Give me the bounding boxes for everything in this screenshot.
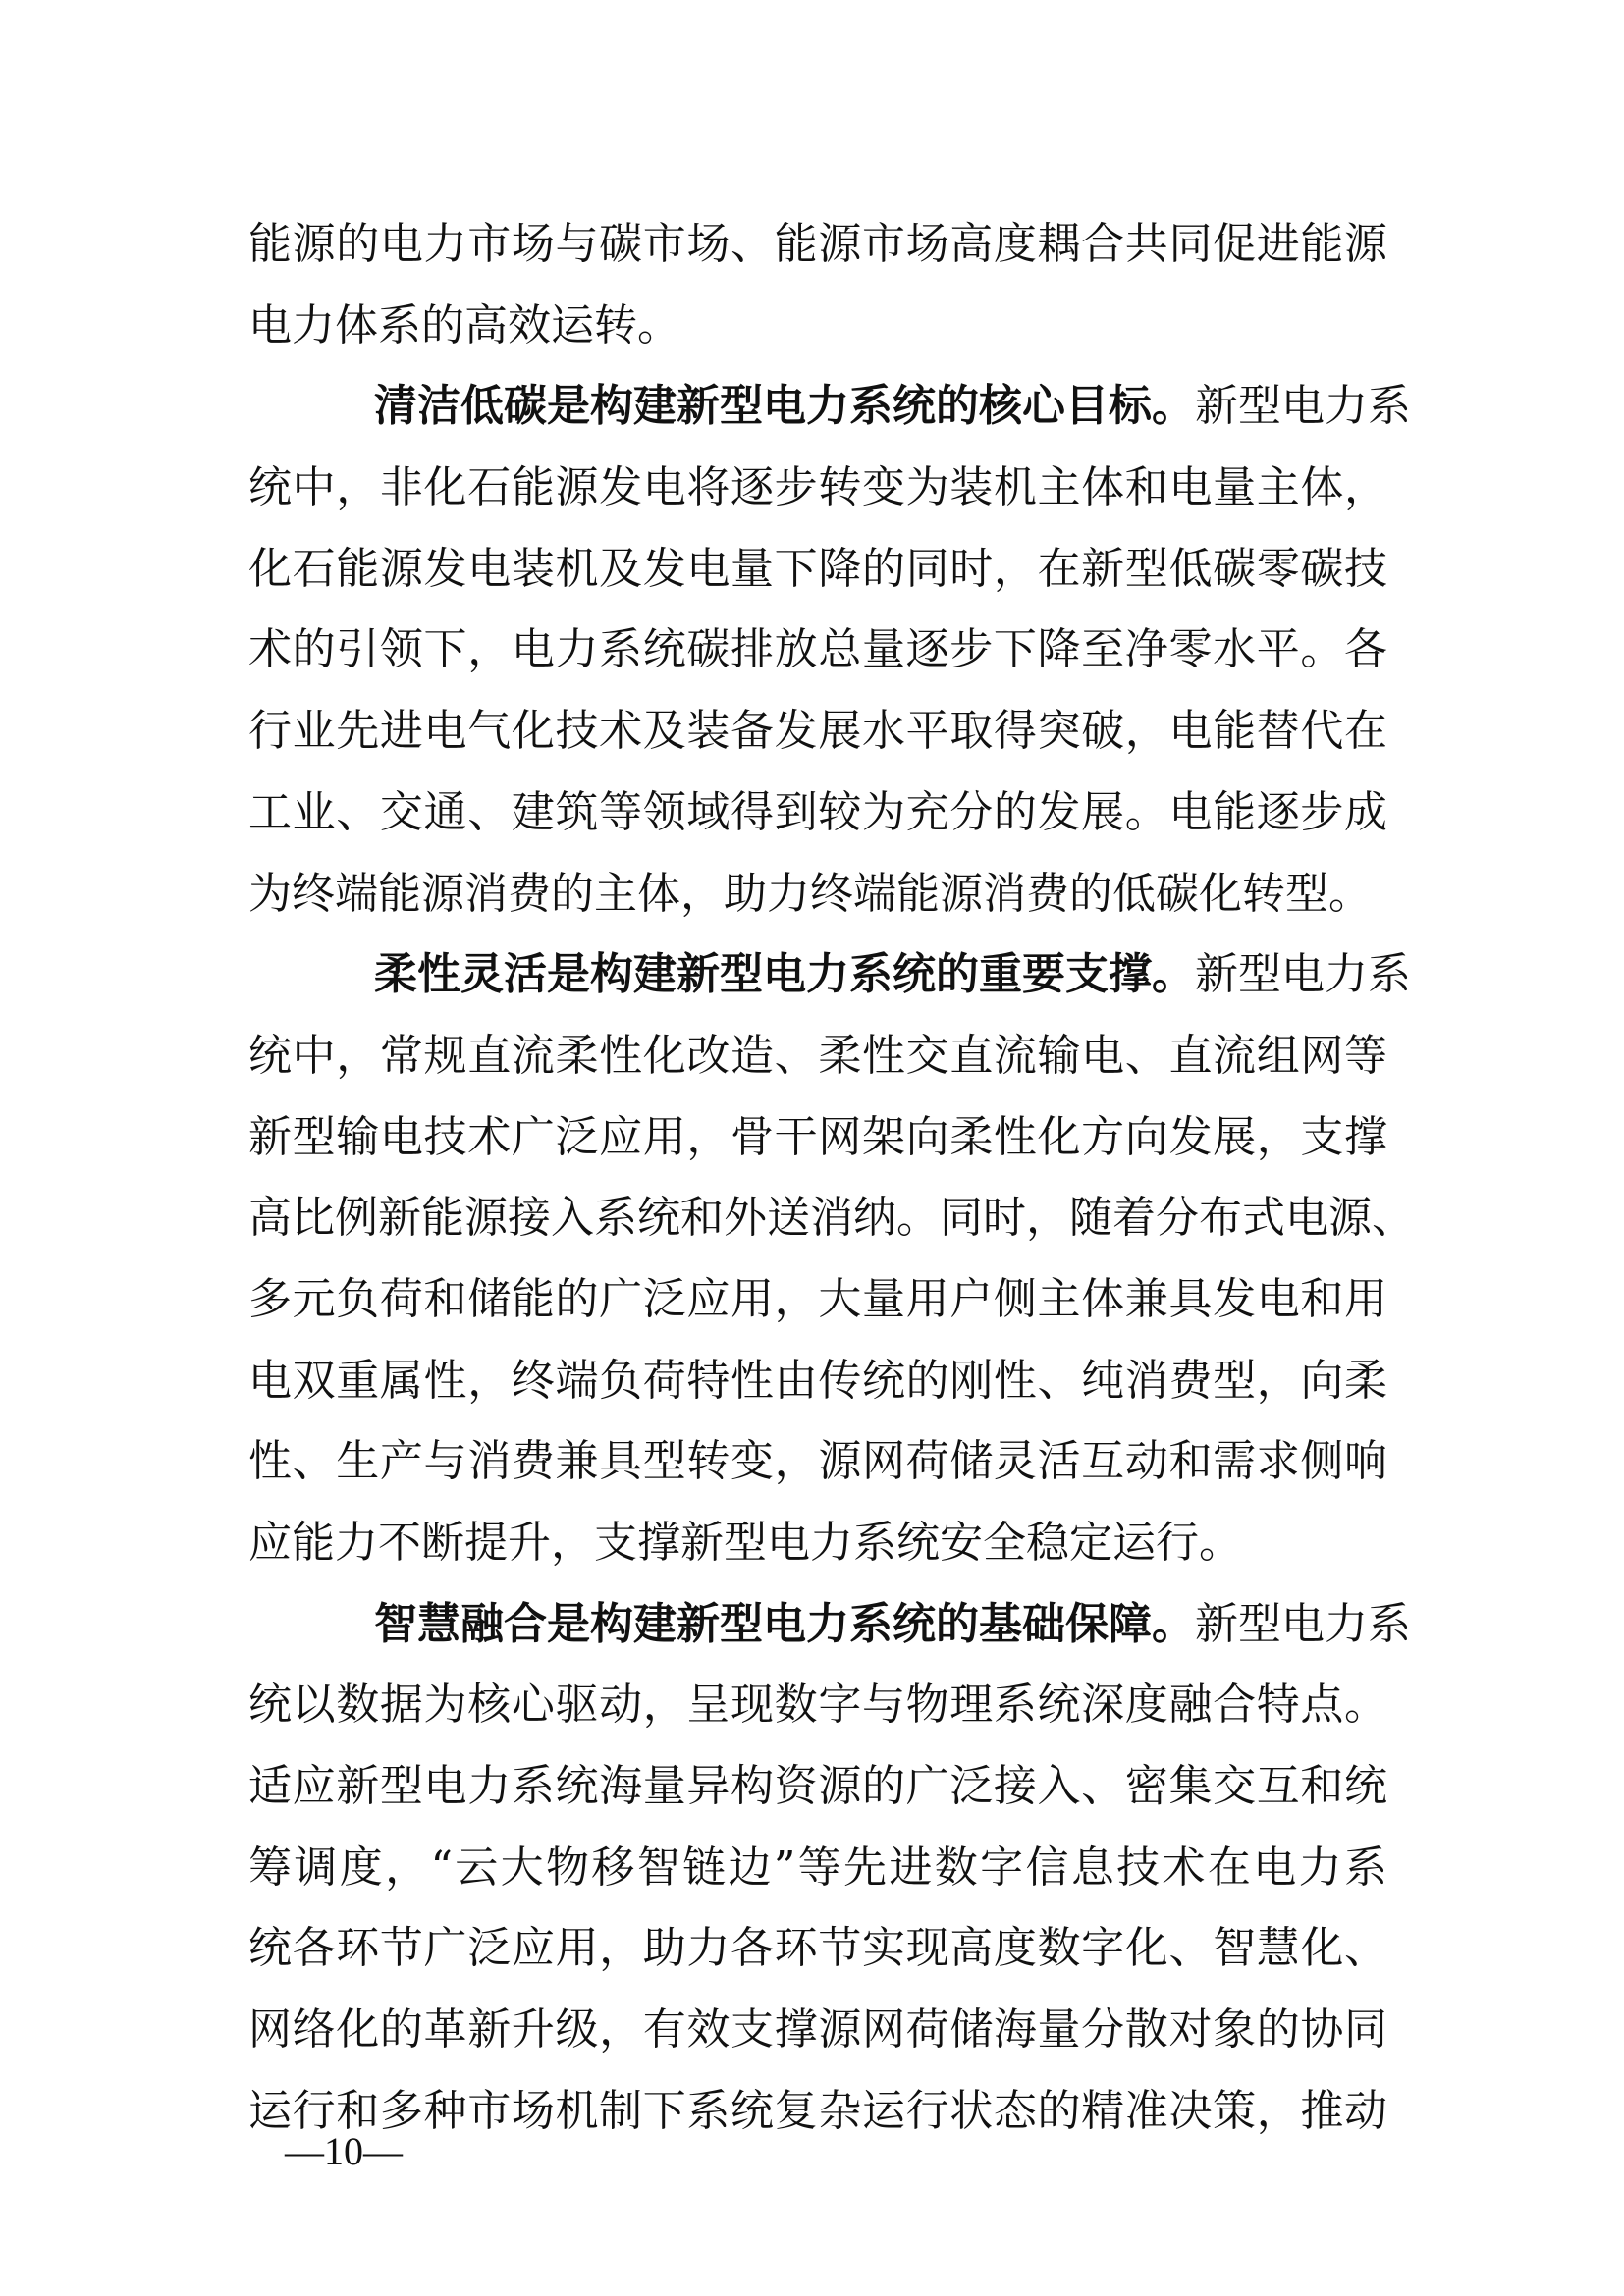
text-line: 统各环节广泛应用，助力各环节实现高度数字化、智慧化、 (248, 1908, 1387, 1990)
line-text: 能源的电力市场与碳市场、能源市场高度耦合共同促进能源 (248, 219, 1387, 269)
page-number: —10— (285, 2128, 403, 2174)
text-line: 统以数据为核心驱动，呈现数字与物理系统深度融合特点。 (248, 1665, 1387, 1746)
line-text: 统中，非化石能源发电将逐步转变为装机主体和电量主体， (248, 462, 1387, 512)
line-text: 适应新型电力系统海量异构资源的广泛接入、密集交互和统 (248, 1761, 1387, 1811)
line-text: 统各环节广泛应用，助力各环节实现高度数字化、智慧化、 (248, 1923, 1387, 1973)
line-text: 应能力不断提升，支撑新型电力系统安全稳定运行。 (248, 1518, 1242, 1568)
bold-lead-sentence: 清洁低碳是构建新型电力系统的核心目标。 (374, 381, 1195, 431)
paragraph-heading-line: 智慧融合是构建新型电力系统的基础保障。新型电力系 (248, 1584, 1387, 1666)
line-text: 统中，常规直流柔性化改造、柔性交直流输电、直流组网等 (248, 1031, 1387, 1081)
document-page: 能源的电力市场与碳市场、能源市场高度耦合共同促进能源电力体系的高效运转。清洁低碳… (0, 0, 1624, 2296)
line-text: 运行和多种市场机制下系统复杂运行状态的精准决策，推动 (248, 2086, 1387, 2136)
text-line: 统中，非化石能源发电将逐步转变为装机主体和电量主体， (248, 448, 1387, 529)
text-line: 应能力不断提升，支撑新型电力系统安全稳定运行。 (248, 1503, 1387, 1584)
line-text: 新型输电技术广泛应用，骨干网架向柔性化方向发展，支撑 (248, 1112, 1387, 1162)
text-line: 能源的电力市场与碳市场、能源市场高度耦合共同促进能源 (248, 204, 1387, 286)
line-text: 新型电力系 (1195, 381, 1411, 431)
line-text: 多元负荷和储能的广泛应用，大量用户侧主体兼具发电和用 (248, 1274, 1387, 1324)
text-line: 高比例新能源接入系统和外送消纳。同时，随着分布式电源、 (248, 1178, 1387, 1259)
text-line: 多元负荷和储能的广泛应用，大量用户侧主体兼具发电和用 (248, 1259, 1387, 1341)
bold-lead-sentence: 智慧融合是构建新型电力系统的基础保障。 (374, 1599, 1195, 1649)
line-text: 新型电力系 (1195, 1599, 1411, 1649)
text-line: 工业、交通、建筑等领域得到较为充分的发展。电能逐步成 (248, 773, 1387, 854)
text-line: 适应新型电力系统海量异构资源的广泛接入、密集交互和统 (248, 1746, 1387, 1828)
text-line: 行业先进电气化技术及装备发展水平取得突破，电能替代在 (248, 691, 1387, 773)
text-line: 化石能源发电装机及发电量下降的同时，在新型低碳零碳技 (248, 529, 1387, 611)
line-text: 性、生产与消费兼具型转变，源网荷储灵活互动和需求侧响 (248, 1436, 1387, 1486)
paragraph-heading-line: 柔性灵活是构建新型电力系统的重要支撑。新型电力系 (248, 934, 1387, 1016)
text-line: 为终端能源消费的主体，助力终端能源消费的低碳化转型。 (248, 854, 1387, 935)
line-text: 为终端能源消费的主体，助力终端能源消费的低碳化转型。 (248, 869, 1372, 919)
paragraph-heading-line: 清洁低碳是构建新型电力系统的核心目标。新型电力系 (248, 366, 1387, 448)
line-text: 电力体系的高效运转。 (248, 300, 680, 350)
body-text: 能源的电力市场与碳市场、能源市场高度耦合共同促进能源电力体系的高效运转。清洁低碳… (248, 204, 1387, 2153)
text-line: 统中，常规直流柔性化改造、柔性交直流输电、直流组网等 (248, 1016, 1387, 1097)
text-line: 网络化的革新升级，有效支撑源网荷储海量分散对象的协同 (248, 1990, 1387, 2071)
line-text: 筹调度，“云大物移智链边”等先进数字信息技术在电力系 (248, 1842, 1387, 1893)
text-line: 术的引领下，电力系统碳排放总量逐步下降至净零水平。各 (248, 610, 1387, 691)
text-line: 筹调度，“云大物移智链边”等先进数字信息技术在电力系 (248, 1828, 1387, 1909)
line-text: 新型电力系 (1195, 949, 1411, 999)
bold-lead-sentence: 柔性灵活是构建新型电力系统的重要支撑。 (374, 949, 1195, 999)
text-line: 性、生产与消费兼具型转变，源网荷储灵活互动和需求侧响 (248, 1421, 1387, 1503)
text-line: 运行和多种市场机制下系统复杂运行状态的精准决策，推动 (248, 2071, 1387, 2153)
line-text: 网络化的革新升级，有效支撑源网荷储海量分散对象的协同 (248, 2004, 1387, 2055)
line-text: 电双重属性，终端负荷特性由传统的刚性、纯消费型，向柔 (248, 1356, 1387, 1406)
text-line: 电双重属性，终端负荷特性由传统的刚性、纯消费型，向柔 (248, 1341, 1387, 1422)
line-text: 统以数据为核心驱动，呈现数字与物理系统深度融合特点。 (248, 1680, 1387, 1730)
line-text: 术的引领下，电力系统碳排放总量逐步下降至净零水平。各 (248, 624, 1387, 674)
line-text: 行业先进电气化技术及装备发展水平取得突破，电能替代在 (248, 706, 1387, 756)
line-text: 工业、交通、建筑等领域得到较为充分的发展。电能逐步成 (248, 787, 1387, 837)
text-line: 新型输电技术广泛应用，骨干网架向柔性化方向发展，支撑 (248, 1097, 1387, 1179)
line-text: 高比例新能源接入系统和外送消纳。同时，随着分布式电源、 (248, 1193, 1415, 1243)
text-line: 电力体系的高效运转。 (248, 286, 1387, 367)
line-text: 化石能源发电装机及发电量下降的同时，在新型低碳零碳技 (248, 544, 1387, 594)
